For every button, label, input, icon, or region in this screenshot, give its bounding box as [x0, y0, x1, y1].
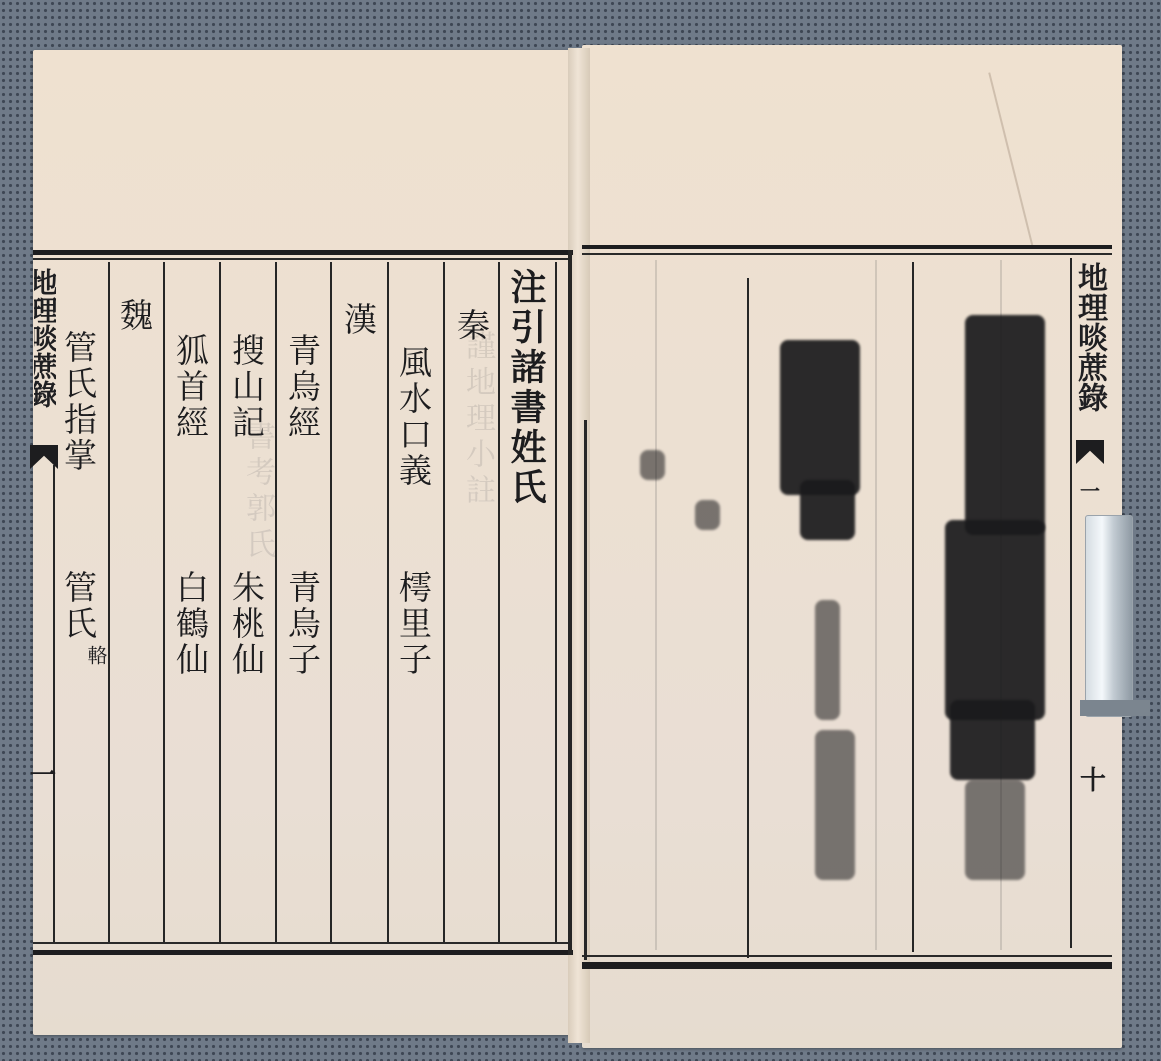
ink-blot: [950, 700, 1035, 780]
right-spine-title: 地理啖蔗錄: [1074, 262, 1104, 412]
volume-mark: 一: [1080, 475, 1100, 504]
left-frame-top: [33, 250, 573, 255]
faint-column-rule: [875, 260, 877, 950]
ink-speck: [695, 500, 720, 530]
right-page-number: 十: [1080, 760, 1106, 797]
column-rule: [912, 262, 914, 952]
column-rule: [387, 262, 389, 942]
book-author: 青烏子: [286, 570, 319, 678]
ink-blot: [965, 315, 1045, 535]
ink-smear: [815, 730, 855, 880]
show-through-text: 書考郭氏: [235, 420, 279, 564]
show-through-text: 謹地理小註: [455, 330, 499, 510]
right-frame-inner-top: [582, 253, 1112, 255]
column-rule: [53, 465, 55, 942]
book-author: 管氏: [62, 570, 95, 642]
column-rule: [275, 262, 277, 942]
ink-speck: [640, 450, 665, 480]
left-frame-bottom: [33, 950, 573, 955]
column-rule: [747, 278, 749, 958]
ink-blot: [945, 520, 1045, 720]
column-rule: [163, 262, 165, 942]
ink-smear: [815, 600, 840, 720]
acrylic-page-clip: [1085, 515, 1133, 717]
column-rule: [555, 262, 557, 942]
right-frame-bottom: [582, 962, 1112, 969]
section-heading: 注引諸書姓氏: [508, 268, 544, 508]
column-rule: [108, 262, 110, 942]
faint-column-rule: [655, 260, 657, 950]
book-author: 樗里子: [397, 570, 430, 678]
dynasty-wei: 魏: [118, 298, 151, 334]
right-frame-inner-bottom: [582, 955, 1112, 957]
left-page: [33, 50, 578, 1035]
ink-smear: [965, 780, 1025, 880]
book-title: 管氏指掌: [62, 330, 95, 474]
left-frame-inner-bottom: [33, 942, 568, 944]
column-rule: [219, 262, 221, 942]
left-frame-inner-top: [33, 258, 568, 260]
ink-blot: [800, 480, 855, 540]
author-note: 輅: [86, 645, 106, 665]
right-frame-top: [582, 245, 1112, 249]
book-author: 白鶴仙: [174, 570, 207, 678]
right-frame-left: [584, 420, 587, 960]
clip-base: [1080, 700, 1150, 716]
column-rule: [443, 262, 445, 942]
left-frame-right: [568, 250, 572, 955]
book-title: 狐首經: [174, 333, 207, 441]
book-title: 風水口義: [397, 345, 430, 489]
dynasty-han: 漢: [342, 302, 375, 338]
left-page-number: 一: [30, 755, 56, 792]
book-title: 青烏經: [286, 333, 319, 441]
book-author: 朱桃仙: [230, 570, 263, 678]
column-rule: [330, 262, 332, 942]
ink-blot: [780, 340, 860, 495]
